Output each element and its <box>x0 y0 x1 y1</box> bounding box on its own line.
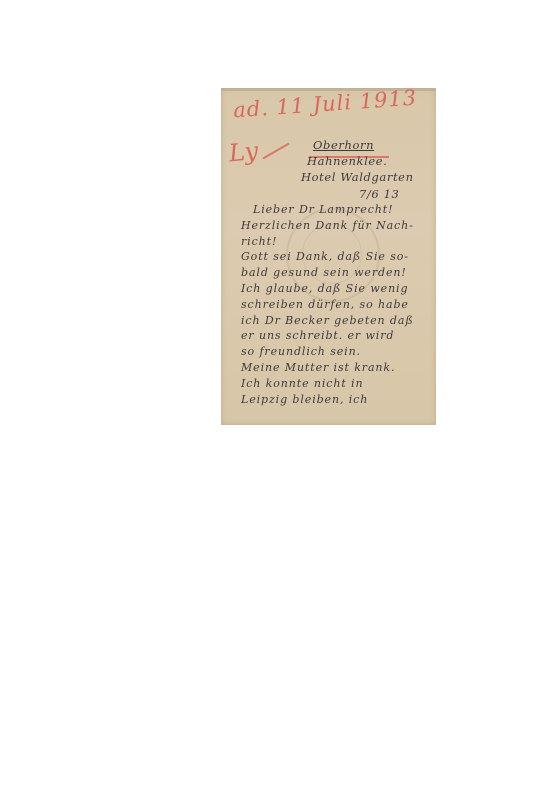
body-line: Leipzig bleiben, ich <box>241 392 431 408</box>
body-line: Herzlichen Dank für Nach- <box>241 218 431 234</box>
archive-annotation: ad. 11 Juli 1913 <box>232 88 417 122</box>
place-struck: Oberhorn <box>313 138 374 152</box>
letter-scan: ad. 11 Juli 1913 Ly Oberhorn Hahnenklee.… <box>221 88 436 425</box>
body-line: bald gesund sein werden! <box>241 265 431 281</box>
body-line: Ich konnte nicht in <box>241 376 431 392</box>
letter-date: 7/6 13 <box>359 187 399 201</box>
body-line: schreiben dürfen, so habe <box>241 297 431 313</box>
red-pencil-stroke <box>263 143 290 160</box>
body-line: ich Dr Becker gebeten daß <box>241 313 431 329</box>
body-line: Gott sei Dank, daß Sie so- <box>241 249 431 265</box>
address-line-1: Hahnenklee. <box>307 154 387 168</box>
folio-mark: Ly <box>228 137 260 168</box>
salutation: Lieber Dr Lamprecht! <box>241 202 431 218</box>
body-line: Ich glaube, daß Sie wenig <box>241 281 431 297</box>
body-line: richt! <box>241 234 431 250</box>
letter-body: Lieber Dr Lamprecht! Herzlichen Dank für… <box>241 202 431 407</box>
address-line-2: Hotel Waldgarten <box>301 170 414 184</box>
body-line: so freundlich sein. <box>241 344 431 360</box>
body-line: Meine Mutter ist krank. <box>241 360 431 376</box>
body-line: er uns schreibt. er wird <box>241 328 431 344</box>
pdf-page: ad. 11 Juli 1913 Ly Oberhorn Hahnenklee.… <box>0 0 549 800</box>
